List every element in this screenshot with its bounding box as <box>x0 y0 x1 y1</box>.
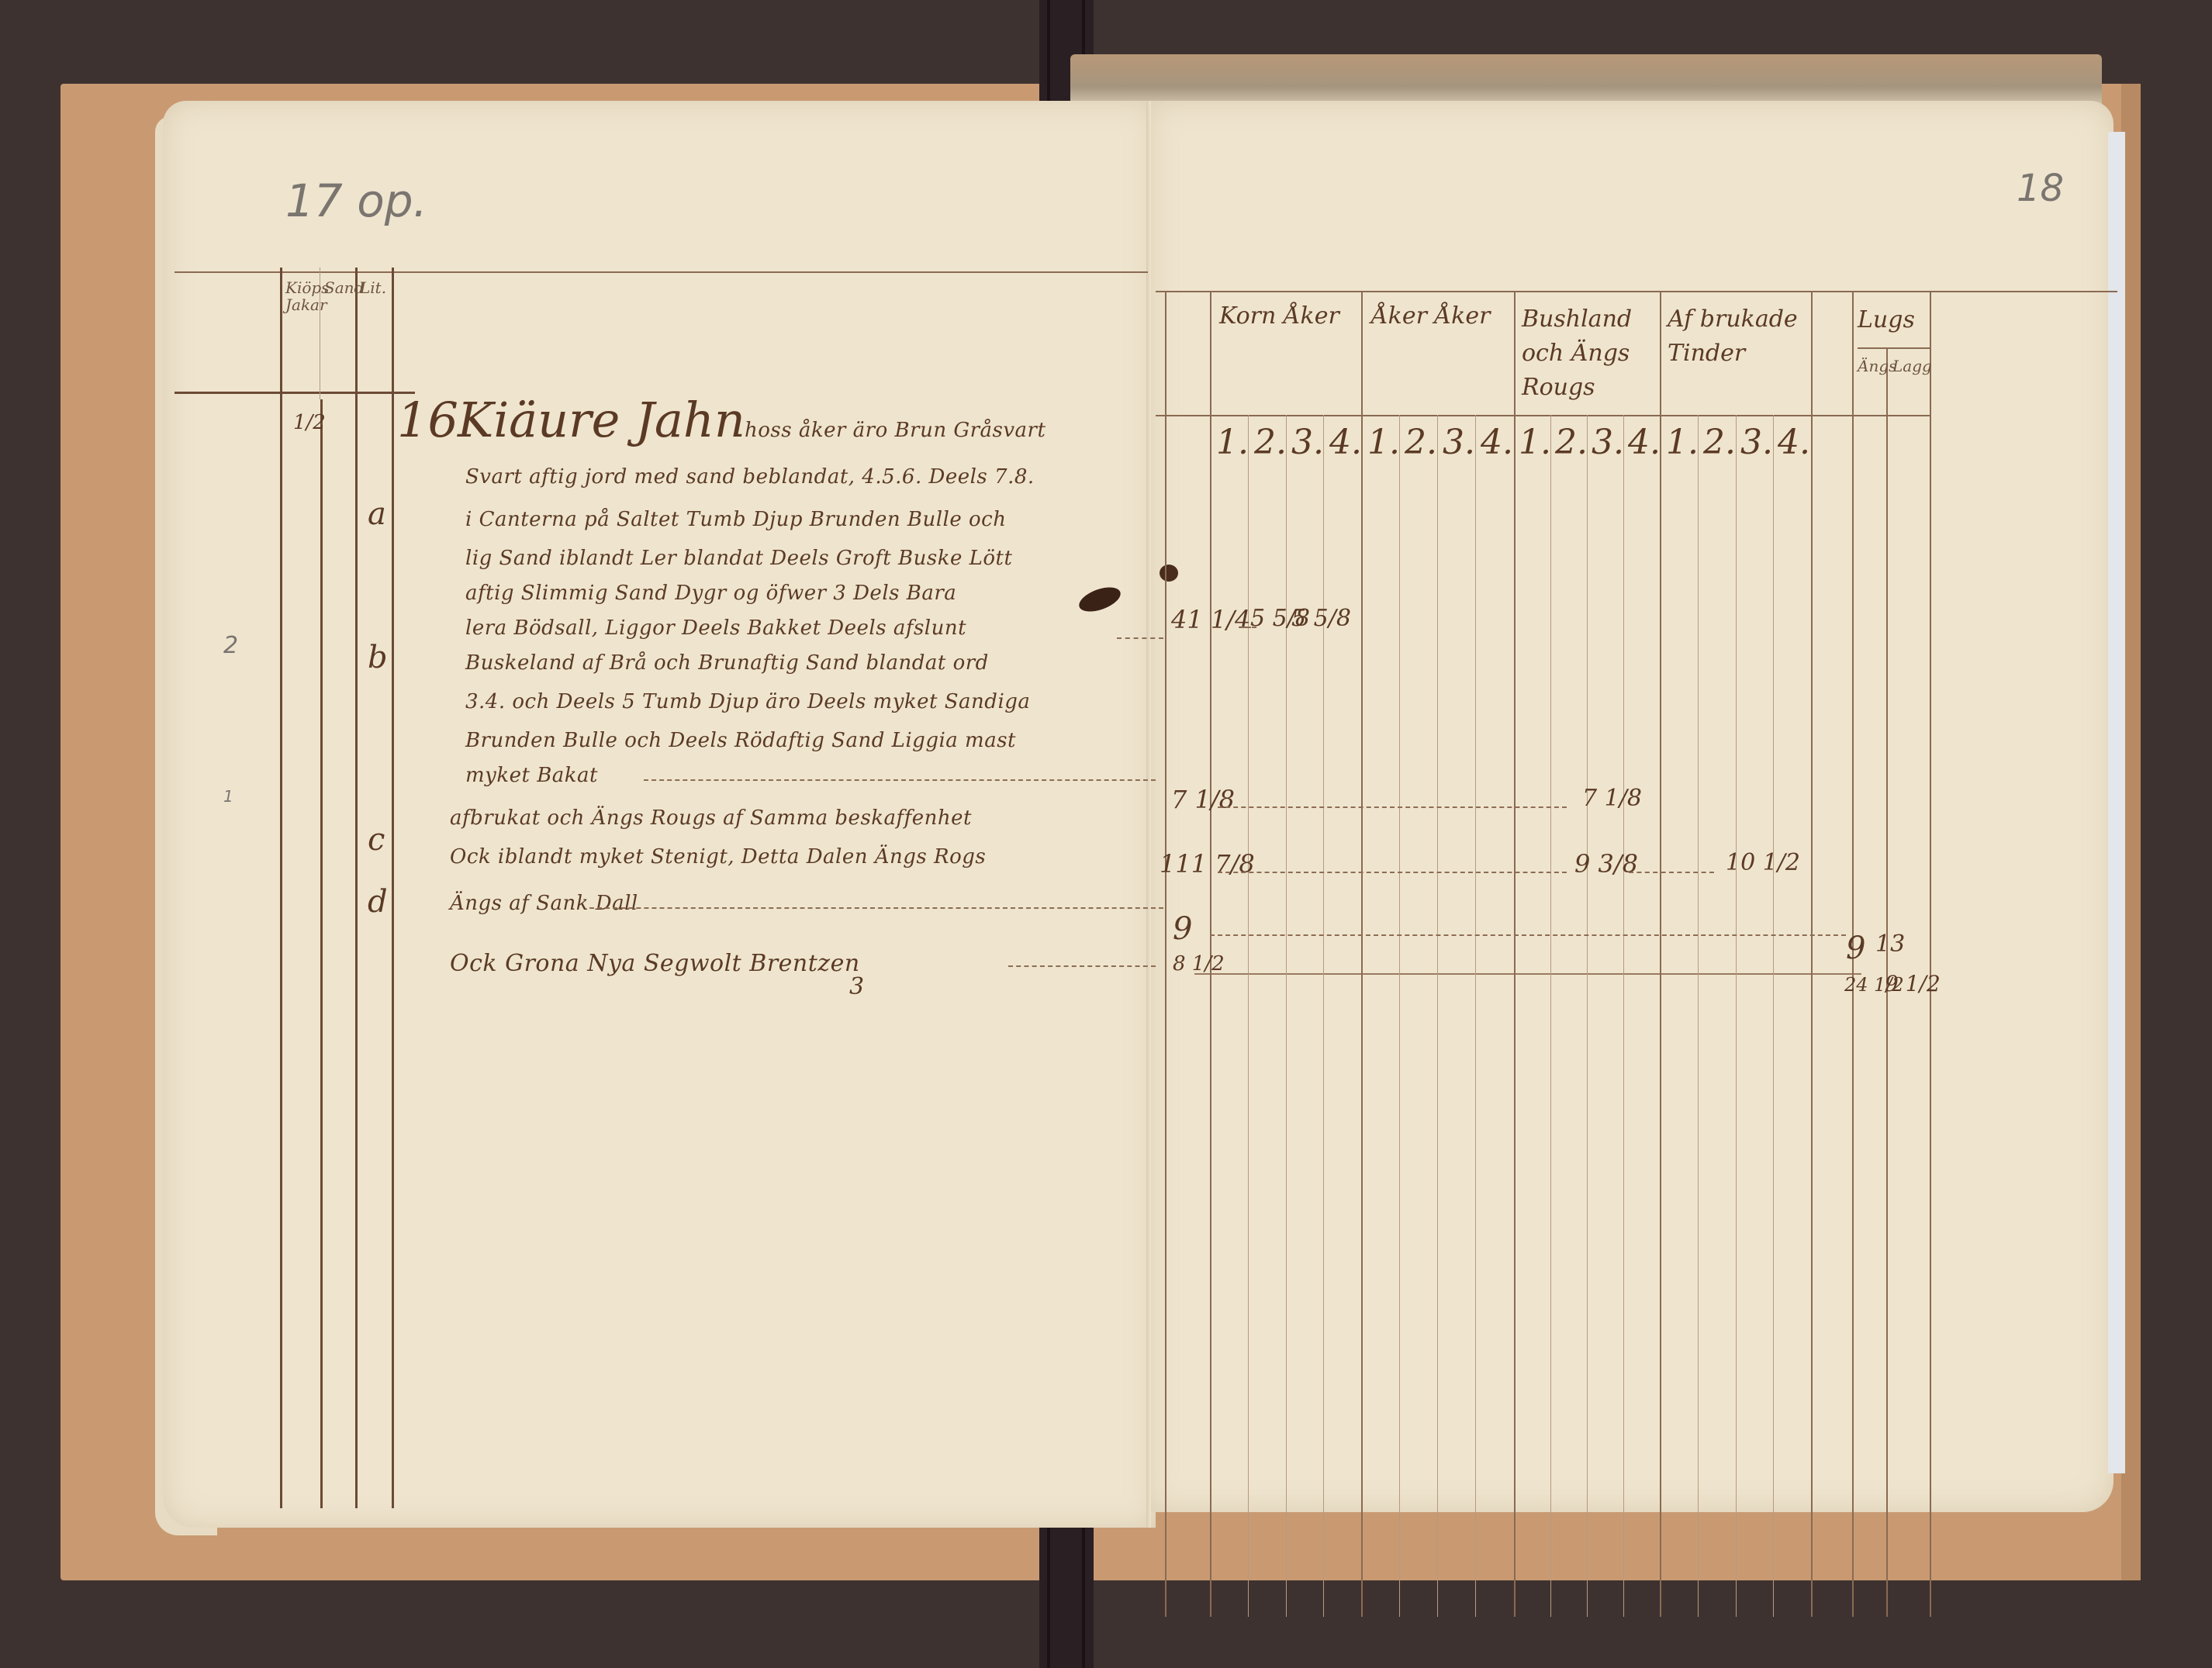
column-header-bushland: Bushland och Ängs Rougs <box>1522 302 1654 405</box>
dash-leader <box>1218 872 1567 873</box>
column-rule <box>1514 291 1516 1617</box>
subcolumn-rule <box>1773 415 1774 1617</box>
header-top-rule <box>1156 291 2117 292</box>
folio-number-right: 18 <box>2017 167 2064 210</box>
lugs-sub-rule <box>1858 347 1931 349</box>
subheader-cell: 1. <box>1519 423 1551 462</box>
header-bottom-rule <box>1156 415 1931 416</box>
subcolumn-rule <box>1437 415 1438 1617</box>
dash-leader <box>1218 806 1567 808</box>
folio-number-left: 17 op. <box>285 174 427 227</box>
entry-text-line: Brunden Bulle och Deels Rödaftig Sand Li… <box>465 729 1016 752</box>
column-header-2: Sand <box>324 279 352 296</box>
entry-text-line: Ock iblandt myket Stenigt, Detta Dalen Ä… <box>450 845 986 869</box>
subcolumn-rule <box>1286 415 1287 1617</box>
subheader-cell: 2. <box>1703 423 1736 462</box>
entry-text-line: Svart aftig jord med sand beblandat, 4.5… <box>465 465 1035 489</box>
subheader-cell: 2. <box>1555 423 1588 462</box>
entry-text-line: i Canterna på Saltet Tumb Djup Brunden B… <box>465 508 1006 531</box>
subheader-cell: 1. <box>1666 423 1699 462</box>
pencil-margin-mark: 1 <box>223 787 233 806</box>
section-marker-b: b <box>368 640 388 675</box>
signature-number: 3 <box>849 973 864 1000</box>
cell-value: 9 3/8 <box>1574 849 1638 879</box>
subcolumn-rule <box>1248 415 1249 1617</box>
subheader-lagg: Lagg <box>1892 357 1932 375</box>
total-rule <box>1194 973 1861 975</box>
dash-leader <box>1117 637 1163 639</box>
dash-leader <box>1629 872 1714 873</box>
row-total-a: 41 1/4 <box>1171 605 1250 634</box>
subcolumn-rule <box>1736 415 1737 1617</box>
section-marker-a: a <box>368 496 386 532</box>
column-header-lugs: Lugs <box>1858 306 1915 333</box>
ink-blot <box>1160 565 1178 582</box>
entry-text-line: Ängs af Sank Dall <box>450 892 638 915</box>
fraction-mark: 1/2 <box>293 411 326 434</box>
subheader-cell: 4. <box>1628 423 1661 462</box>
subcolumn-rule <box>1399 415 1400 1617</box>
subheader-cell: 3. <box>1443 423 1475 462</box>
subheader-cell: 3. <box>1291 423 1324 462</box>
entry-text-line: hoss åker äro Brun Gråsvart <box>745 419 1046 442</box>
column-header-afbrukade: Af brukade Tinder <box>1668 302 1807 371</box>
entry-text-line: myket Bakat <box>465 764 598 787</box>
column-rule <box>1811 291 1813 1617</box>
row-total-sum2: 8 1/2 <box>1173 952 1225 976</box>
cell-value: 10 1/2 <box>1726 849 1800 876</box>
pencil-margin-mark: 2 <box>223 632 238 659</box>
subcolumn-rule <box>1587 415 1588 1617</box>
subcolumn-rule <box>1623 415 1624 1617</box>
entry-text-line: aftig Slimmig Sand Dygr og öfwer 3 Dels … <box>465 582 956 605</box>
subcolumn-rule <box>1698 415 1699 1617</box>
column-rule <box>320 399 323 1508</box>
column-header-3: Lit. <box>360 279 388 296</box>
dash-leader <box>1210 934 1846 936</box>
row-total-sum1: 9 <box>1173 911 1192 947</box>
subheader-cell: 1. <box>1216 423 1249 462</box>
page-edge-white <box>2108 132 2125 1473</box>
dash-leader <box>1008 965 1156 967</box>
header-top-rule <box>175 271 1148 273</box>
cell-value: 7 1/8 <box>1582 785 1642 812</box>
column-header-korn-aker: Korn Åker <box>1219 302 1339 330</box>
column-rule <box>1361 291 1363 1617</box>
entry-number: 16 <box>397 392 458 448</box>
dash-leader <box>589 907 1163 909</box>
section-marker-c: c <box>368 822 385 858</box>
entry-text-line: lig Sand iblandt Ler blandat Deels Groft… <box>465 547 1012 570</box>
row-total-d: 111 7/8 <box>1160 849 1255 879</box>
entry-text-line: 3.4. och Deels 5 Tumb Djup äro Deels myk… <box>465 690 1030 713</box>
subheader-cell: 3. <box>1740 423 1773 462</box>
column-rule <box>280 268 282 1508</box>
subheader-cell: 4. <box>1329 423 1362 462</box>
column-rule <box>392 268 394 1508</box>
subcolumn-rule <box>1550 415 1551 1617</box>
entry-text-line: Buskeland af Brå och Brunaftig Sand blan… <box>465 651 989 675</box>
column-rule <box>1660 291 1661 1617</box>
gutter <box>1146 101 1151 1528</box>
entry-name: Kiäure Jahn <box>458 392 745 448</box>
subheader-cell: 3. <box>1592 423 1624 462</box>
column-header-aker: Åker Åker <box>1371 302 1490 330</box>
cell-value: 5 5/8 <box>1291 605 1351 632</box>
subheader-cell: 2. <box>1405 423 1437 462</box>
column-header-1: Kiöps Jakar <box>285 279 316 313</box>
column-rule <box>1930 291 1931 1617</box>
subcolumn-rule <box>1323 415 1324 1617</box>
row-total-c: 7 1/8 <box>1171 785 1235 814</box>
column-rule <box>355 268 358 1508</box>
subcolumn-rule <box>1475 415 1476 1617</box>
subheader-cell: 1. <box>1367 423 1400 462</box>
entry-text-line: afbrukat och Ängs Rougs af Samma beskaff… <box>450 806 972 830</box>
entry-text-line: lera Bödsall, Liggor Deels Bakket Deels … <box>465 616 966 640</box>
subheader-angs: Ängs <box>1858 357 1896 375</box>
column-rule <box>1165 291 1166 1617</box>
subheader-cell: 2. <box>1254 423 1287 462</box>
subheader-cell: 4. <box>1481 423 1513 462</box>
lugs-value: 13 <box>1875 931 1905 958</box>
lugs-value: 9 <box>1846 931 1865 966</box>
section-marker-d: d <box>368 884 388 920</box>
lugs-value: 9 1/2 <box>1885 971 1941 996</box>
subheader-cell: 4. <box>1778 423 1810 462</box>
signature-line: Ock Grona Nya Segwolt Brentzen <box>450 950 860 977</box>
header-bottom-rule <box>175 392 415 394</box>
dash-leader <box>644 779 1156 781</box>
